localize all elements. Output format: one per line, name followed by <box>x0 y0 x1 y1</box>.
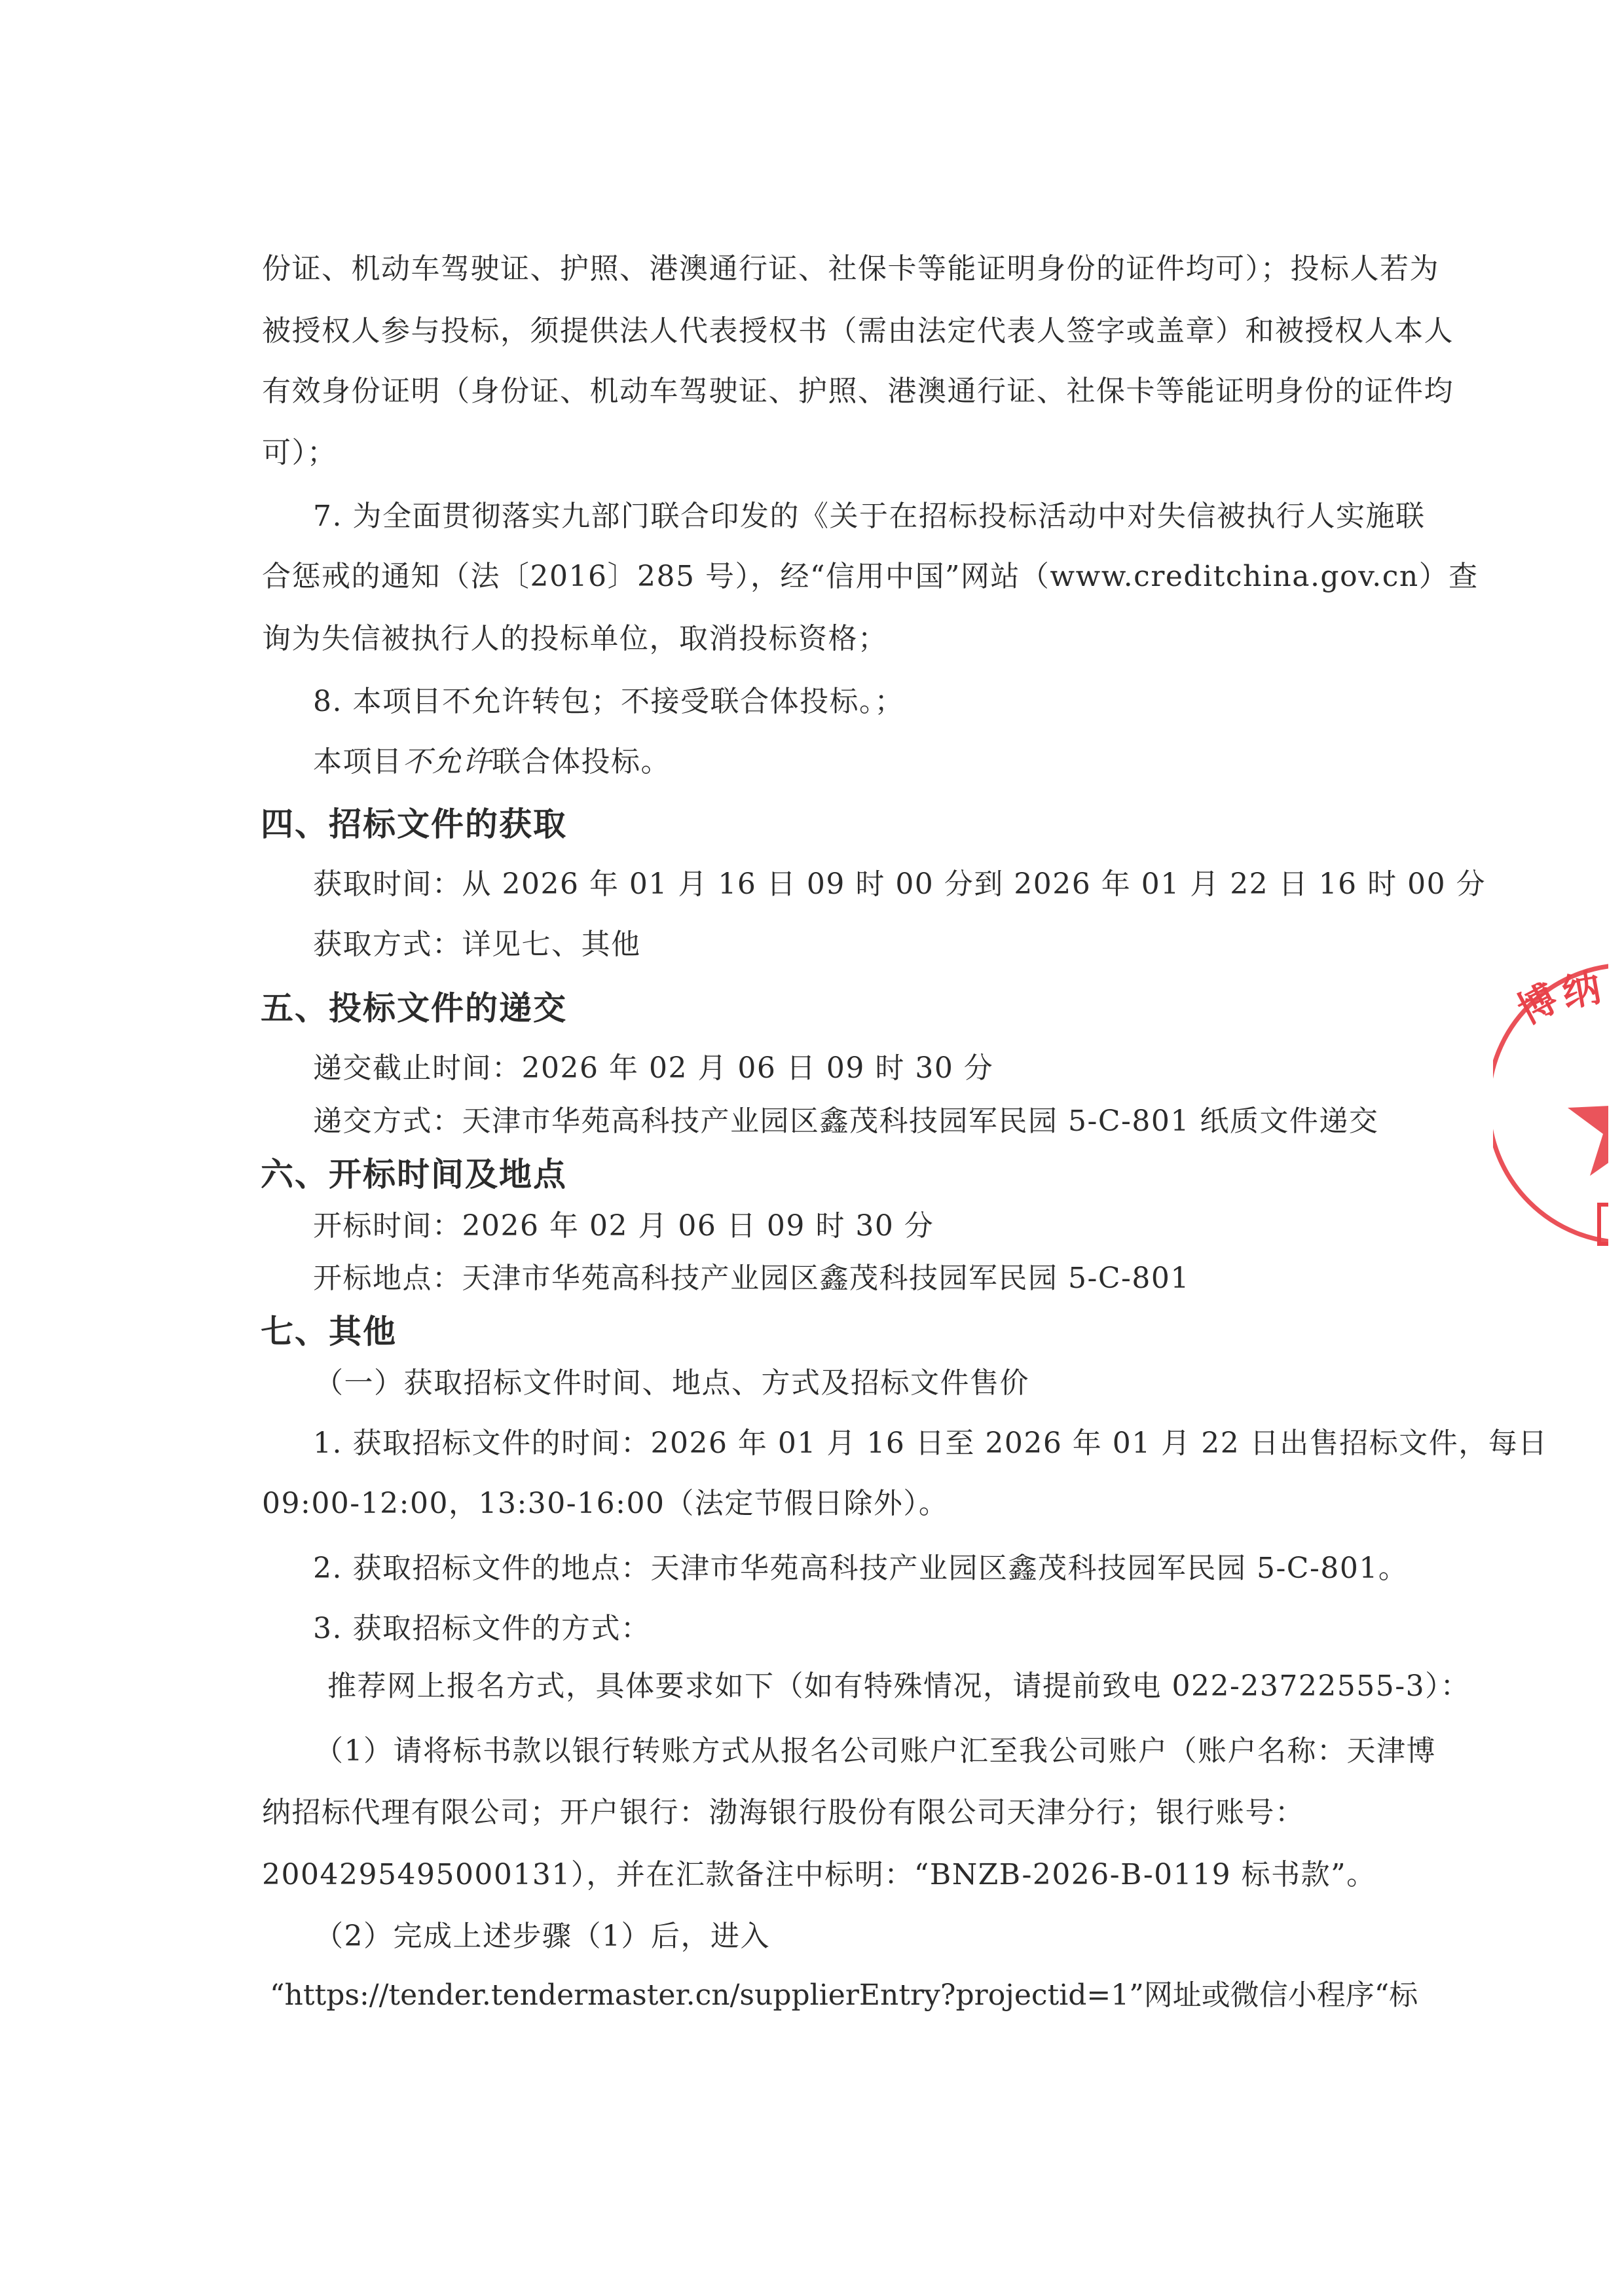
step-2-url-line: “https://tender.tendermaster.cn/supplier… <box>270 1976 1348 2015</box>
section-7-item-2: 2. 获取招标文件的地点：天津市华苑高科技产业园区鑫茂科技园军民园 5-C-80… <box>313 1549 1400 1588</box>
seal-char: 纳 <box>1559 966 1604 1016</box>
section-5-heading: 五、投标文件的递交 <box>261 987 567 1029</box>
step-1-line: （1）请将标书款以银行转账方式从报名公司账户汇至我公司账户（账户名称：天津博 <box>314 1732 1348 1771</box>
paragraph-line: 份证、机动车驾驶证、护照、港澳通行证、社保卡等能证明身份的证件均可）；投标人若为 <box>262 249 1349 289</box>
consortium-line: 本项目不允许联合体投标。 <box>313 742 1400 782</box>
step-1-line: 纳招标代理有限公司；开户银行：渤海银行股份有限公司天津分行；银行账号： <box>262 1793 1349 1832</box>
section-7-item-1-cont: 09:00-12:00，13:30-16:00（法定节假日除外）。 <box>262 1484 1349 1523</box>
paragraph-line: 被授权人参与投标，须提供法人代表授权书（需由法定代表人签字或盖章）和被授权人本人 <box>262 312 1349 351</box>
section-4-method: 获取方式：详见七、其他 <box>313 925 1400 964</box>
item-7-line: 合惩戒的通知（法〔2016〕285 号），经“信用中国”网站（www.credi… <box>262 557 1349 596</box>
section-4-time: 获取时间：从 2026 年 01 月 16 日 09 时 00 分到 2026 … <box>313 865 1400 904</box>
consortium-suffix: 联合体投标。 <box>492 745 671 778</box>
item-7-line: 询为失信被执行人的投标单位，取消投标资格； <box>262 619 1349 659</box>
section-7-item-1: 1. 获取招标文件的时间：2026 年 01 月 16 日至 2026 年 01… <box>313 1424 1348 1463</box>
recommend-line: 推荐网上报名方式，具体要求如下（如有特殊情况，请提前致电 022-2372255… <box>327 1667 1414 1706</box>
section-4-heading: 四、招标文件的获取 <box>261 803 567 845</box>
section-7-heading: 七、其他 <box>261 1311 397 1353</box>
section-6-time: 开标时间：2026 年 02 月 06 日 09 时 30 分 <box>313 1207 1400 1246</box>
step-2-line: （2）完成上述步骤（1）后，进入 <box>314 1917 1401 1956</box>
paragraph-line: 可）； <box>262 433 1349 473</box>
section-6-heading: 六、开标时间及地点 <box>261 1154 567 1195</box>
paragraph-line: 有效身份证明（身份证、机动车驾驶证、护照、港澳通行证、社保卡等能证明身份的证件均 <box>262 372 1349 411</box>
step-1-line: 2004295495000131），并在汇款备注中标明：“BNZB-2026-B… <box>262 1855 1349 1895</box>
document-page: 份证、机动车驾驶证、护照、港澳通行证、社保卡等能证明身份的证件均可）；投标人若为… <box>0 0 1624 2296</box>
item-7-line: 7. 为全面贯彻落实九部门联合印发的《关于在招标投标活动中对失信被执行人实施联 <box>313 497 1348 536</box>
company-seal-stamp: 博 纳 <box>1493 943 1608 1270</box>
consortium-prefix: 本项目 <box>313 745 403 778</box>
section-7-subheading: （一）获取招标文件时间、地点、方式及招标文件售价 <box>314 1364 1401 1403</box>
section-7-item-3: 3. 获取招标文件的方式： <box>313 1609 1400 1649</box>
consortium-emphasis: 不允许 <box>403 745 492 778</box>
seal-icon: 博 纳 <box>1493 943 1608 1270</box>
item-8-line: 8. 本项目不允许转包；不接受联合体投标。； <box>313 682 1400 721</box>
section-6-place: 开标地点：天津市华苑高科技产业园区鑫茂科技园军民园 5-C-801 <box>313 1259 1400 1298</box>
section-5-deadline: 递交截止时间：2026 年 02 月 06 日 09 时 30 分 <box>313 1049 1400 1088</box>
section-5-method: 递交方式：天津市华苑高科技产业园区鑫茂科技园军民园 5-C-801 纸质文件递交 <box>313 1102 1400 1141</box>
